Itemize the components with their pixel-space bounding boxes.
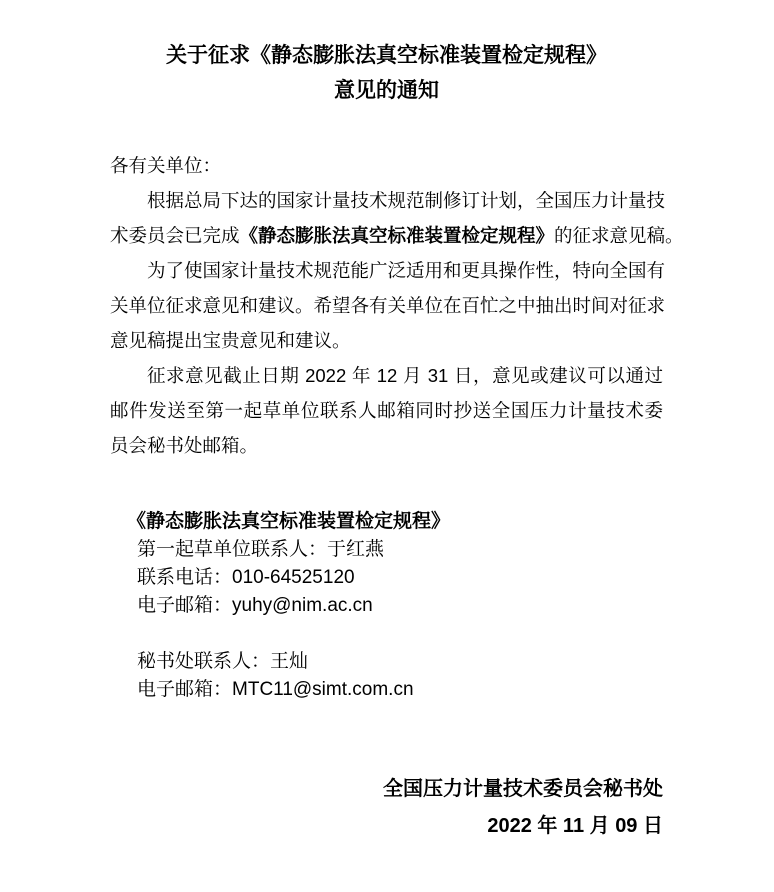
body-line-p3-3: 员会秘书处邮箱。 bbox=[110, 428, 663, 463]
body-line-p3-2: 邮件发送至第一起草单位联系人邮箱同时抄送全国压力计量技术委 bbox=[110, 393, 663, 428]
paragraph-deadline: 征求意见截止日期 2022 年 12 月 31 日，意见或建议可以通过 邮件发送… bbox=[110, 358, 663, 463]
drafter-contact-line: 第一起草单位联系人：于红燕 bbox=[137, 536, 663, 564]
regulation-title: 《静态膨胀法真空标准装置检定规程》 bbox=[127, 508, 663, 536]
body-line-p1-2: 术委员会已完成《静态膨胀法真空标准装置检定规程》的征求意见稿。 bbox=[110, 218, 663, 253]
phone-label: 联系电话： bbox=[137, 567, 232, 588]
regulation-name-bold: 《静态膨胀法真空标准装置检定规程》 bbox=[240, 225, 555, 246]
body-line-p1-1: 根据总局下达的国家计量技术规范制修订计划，全国压力计量技 bbox=[110, 183, 663, 218]
title-line-2: 意见的通知 bbox=[110, 73, 663, 108]
secretariat-email-label: 电子邮箱： bbox=[137, 679, 232, 700]
secretariat-contact-line: 秘书处联系人：王灿 bbox=[137, 648, 663, 676]
drafter-contact-name: 于红燕 bbox=[327, 539, 384, 560]
body-line-p2-2: 关单位征求意见和建议。希望各有关单位在百忙之中抽出时间对征求 bbox=[110, 288, 663, 323]
contact-blank-line bbox=[137, 620, 663, 648]
secretariat-email-line: 电子邮箱：MTC11@simt.com.cn bbox=[137, 676, 663, 704]
secretariat-contact-label: 秘书处联系人： bbox=[137, 651, 270, 672]
secretariat-contact-name: 王灿 bbox=[270, 651, 308, 672]
drafter-contact-label: 第一起草单位联系人： bbox=[137, 539, 327, 560]
signature-section: 全国压力计量技术委员会秘书处 2022 年 11 月 09 日 bbox=[110, 771, 663, 845]
title-line-1: 关于征求《静态膨胀法真空标准装置检定规程》 bbox=[110, 38, 663, 73]
paragraph-request: 为了使国家计量技术规范能广泛适用和更具操作性，特向全国有 关单位征求意见和建议。… bbox=[110, 253, 663, 358]
signature-org: 全国压力计量技术委员会秘书处 bbox=[110, 771, 663, 808]
p1-l2-text-after: 的征求意见稿。 bbox=[554, 225, 684, 246]
signature-date: 2022 年 11 月 09 日 bbox=[110, 808, 663, 845]
notice-body: 各有关单位： 根据总局下达的国家计量技术规范制修订计划，全国压力计量技 术委员会… bbox=[110, 148, 663, 463]
salutation-line: 各有关单位： bbox=[110, 148, 663, 183]
document-page: 关于征求《静态膨胀法真空标准装置检定规程》 意见的通知 各有关单位： 根据总局下… bbox=[0, 0, 774, 892]
drafter-email-label: 电子邮箱： bbox=[137, 595, 232, 616]
body-line-p2-1: 为了使国家计量技术规范能广泛适用和更具操作性，特向全国有 bbox=[110, 253, 663, 288]
p1-l2-text-before: 术委员会已完成 bbox=[110, 225, 240, 246]
contact-section: 《静态膨胀法真空标准装置检定规程》 第一起草单位联系人：于红燕 联系电话：010… bbox=[137, 508, 663, 704]
document-title: 关于征求《静态膨胀法真空标准装置检定规程》 意见的通知 bbox=[110, 38, 663, 108]
phone-number: 010-64525120 bbox=[232, 567, 355, 588]
drafter-email-line: 电子邮箱：yuhy@nim.ac.cn bbox=[137, 592, 663, 620]
body-line-p2-3: 意见稿提出宝贵意见和建议。 bbox=[110, 323, 663, 358]
paragraph-plan: 根据总局下达的国家计量技术规范制修订计划，全国压力计量技 术委员会已完成《静态膨… bbox=[110, 183, 663, 253]
drafter-email-address: yuhy@nim.ac.cn bbox=[232, 595, 373, 616]
phone-line: 联系电话：010-64525120 bbox=[137, 564, 663, 592]
body-line-p3-1: 征求意见截止日期 2022 年 12 月 31 日，意见或建议可以通过 bbox=[110, 358, 663, 393]
secretariat-email-address: MTC11@simt.com.cn bbox=[232, 679, 414, 700]
